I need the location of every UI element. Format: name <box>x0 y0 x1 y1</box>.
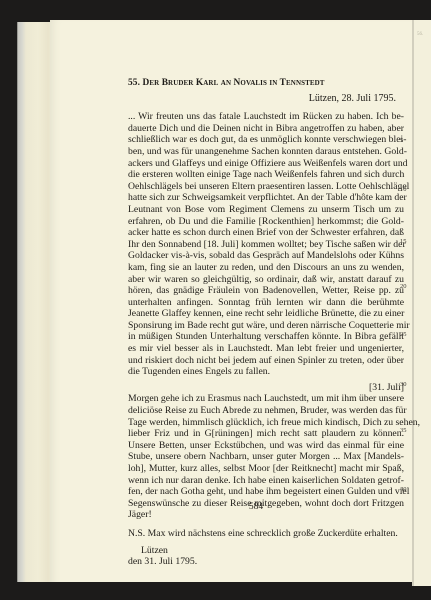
line-number: 20 <box>400 283 407 290</box>
page-number-wrap: 584 <box>128 0 384 600</box>
line-number: 10 <box>400 186 407 193</box>
line-number: 40 <box>400 486 407 493</box>
line-number: 35 <box>400 427 407 434</box>
book-page-right-edge: 56. <box>412 20 431 586</box>
line-number: 5 <box>400 137 403 144</box>
line-number: 25 <box>400 331 407 338</box>
page-number: 584 <box>128 502 384 512</box>
line-number: 15 <box>400 238 407 245</box>
ghost-text: 56. <box>417 32 423 37</box>
line-number: 30 <box>400 381 407 388</box>
